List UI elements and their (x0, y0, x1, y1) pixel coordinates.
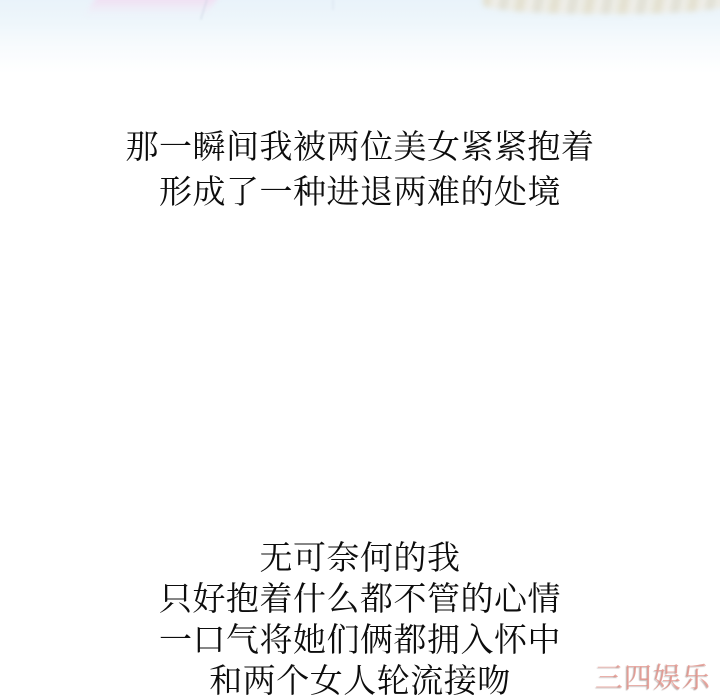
beige-artwork-shape (483, 0, 720, 14)
narration-line: 只好抱着什么都不管的心情 (0, 578, 720, 619)
narration-line: 一口气将她们俩都拥入怀中 (0, 619, 720, 660)
narration-line: 那一瞬间我被两位美女紧紧抱着 (0, 124, 720, 169)
narration-line: 无可奈何的我 (0, 537, 720, 578)
narration-block-top: 那一瞬间我被两位美女紧紧抱着 形成了一种进退两难的处境 (0, 124, 720, 214)
comic-page: 那一瞬间我被两位美女紧紧抱着 形成了一种进退两难的处境 无可奈何的我 只好抱着什… (0, 0, 720, 700)
panel-edge-line (332, 0, 334, 10)
narration-line: 形成了一种进退两难的处境 (0, 169, 720, 214)
site-watermark: 三四娱乐 (595, 656, 711, 696)
previous-panel-artwork-strip (0, 0, 720, 80)
pink-artwork-shape (85, 0, 221, 15)
